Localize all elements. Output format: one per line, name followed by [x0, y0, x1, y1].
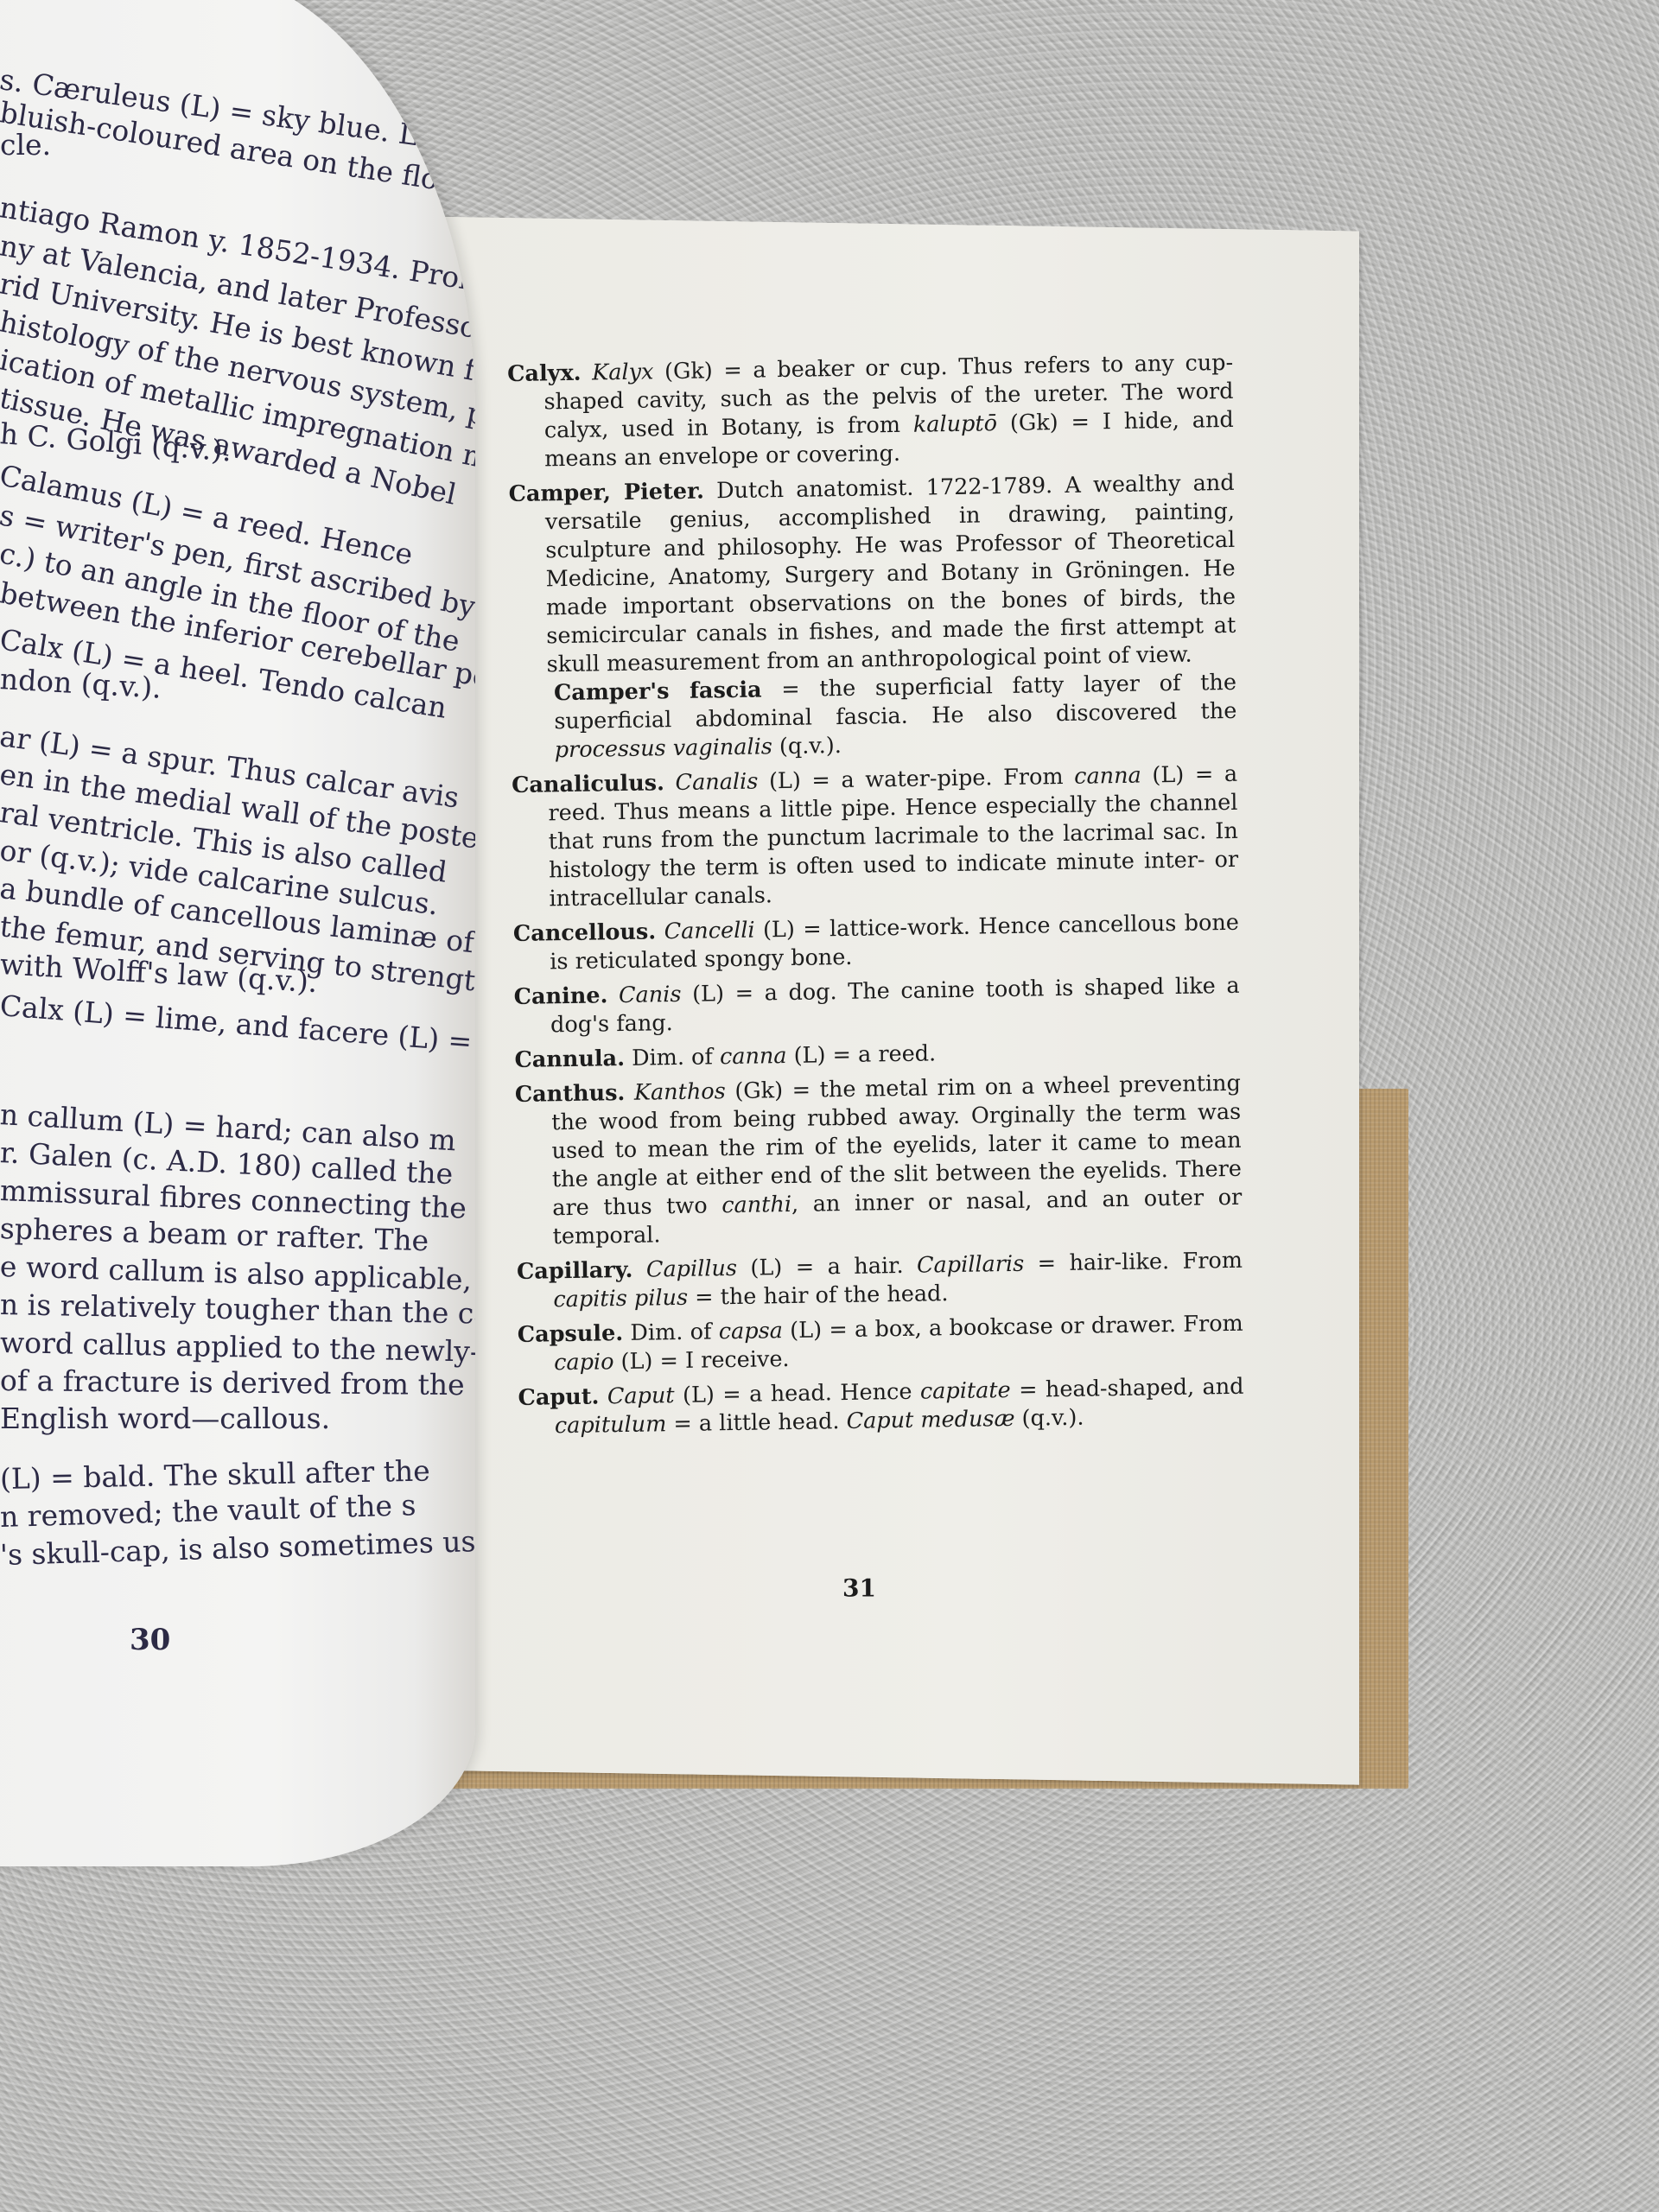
entry-body: Kalyx (Gk) = a beaker or cup. Thus refer…	[543, 350, 1234, 473]
entry-subentry: Camper's fascia = the superficial fatty …	[511, 669, 1237, 766]
subentry-headword: Camper's fascia	[554, 677, 762, 706]
left-page-line: of a fracture is derived from the	[0, 1363, 465, 1402]
dictionary-entry-canthus: Canthus. Kanthos (Gk) = the metal rim on…	[515, 1070, 1243, 1252]
dictionary-entry-calyx: Calyx. Kalyx (Gk) = a beaker or cup. Thu…	[507, 349, 1234, 474]
entry-headword: Canthus.	[515, 1080, 626, 1108]
dictionary-entry-canaliculus: Canaliculus. Canalis (L) = a water-pipe.…	[512, 760, 1239, 914]
right-page-text: Calyx. Kalyx (Gk) = a beaker or cup. Thu…	[507, 349, 1244, 1447]
page-number: 31	[842, 1573, 876, 1602]
entry-headword: Cannula.	[514, 1046, 625, 1073]
entry-body: Dim. of capsa (L) = a box, a bookcase or…	[554, 1311, 1243, 1376]
entry-headword: Camper, Pieter.	[508, 479, 704, 508]
entry-body: Kanthos (Gk) = the metal rim on a wheel …	[551, 1071, 1242, 1250]
entry-body: Dim. of canna (L) = a reed.	[632, 1040, 936, 1071]
left-page-line: Calx (L) = lime, and facere (L) =	[0, 988, 474, 1059]
entry-headword: Canine.	[514, 982, 608, 1010]
dictionary-entry-caput: Caput. Caput (L) = a head. Hence capitat…	[518, 1373, 1244, 1441]
left-page-line: cle.	[0, 128, 51, 162]
dictionary-entry-capillary: Capillary. Capillus (L) = a hair. Capill…	[517, 1247, 1243, 1315]
left-page: s. Cæruleus (L) = sky blue. Locusbluish-…	[0, 0, 475, 1866]
entry-headword: Cancellous.	[513, 918, 657, 947]
entry-body: Capillus (L) = a hair. Capillaris = hair…	[553, 1248, 1243, 1313]
left-page-line: English word—callous.	[0, 1402, 330, 1436]
dictionary-entry-canine: Canine. Canis (L) = a dog. The canine to…	[514, 972, 1241, 1040]
entry-body: Caput (L) = a head. Hence capitate = hea…	[555, 1374, 1244, 1440]
page-number: 30	[130, 1623, 170, 1657]
dictionary-entry-cannula: Cannula. Dim. of canna (L) = a reed.	[514, 1035, 1240, 1075]
dictionary-entry-camper: Camper, Pieter. Dutch anatomist. 1722-17…	[508, 469, 1236, 766]
left-page-line: word callus applied to the newly-fo	[0, 1325, 475, 1370]
entry-headword: Caput.	[518, 1383, 599, 1410]
entry-body: Canis (L) = a dog. The canine tooth is s…	[550, 973, 1240, 1039]
entry-headword: Canaliculus.	[512, 770, 664, 798]
entry-headword: Capsule.	[518, 1320, 624, 1348]
right-page: Calyx. Kalyx (Gk) = a beaker or cup. Thu…	[393, 216, 1359, 1785]
dictionary-entry-cancellous: Cancellous. Cancelli (L) = lattice-work.…	[513, 909, 1240, 977]
entry-headword: Calyx.	[507, 360, 582, 387]
dictionary-entry-capsule: Capsule. Dim. of capsa (L) = a box, a bo…	[518, 1310, 1244, 1378]
entry-headword: Capillary.	[517, 1257, 633, 1285]
